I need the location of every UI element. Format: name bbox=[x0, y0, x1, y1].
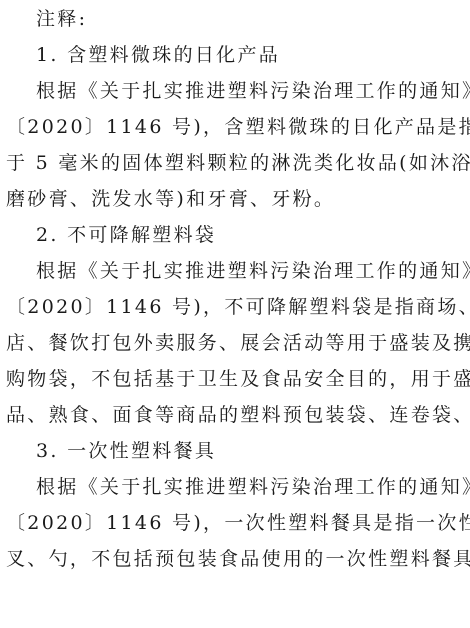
paragraph-line: 〔2020〕1146 号)，一次性塑料餐具是指一次性不可降解塑料刀、 bbox=[6, 505, 470, 541]
section-title-1: 1. 含塑料微珠的日化产品 bbox=[36, 37, 470, 73]
notes-heading: 注释: bbox=[36, 1, 470, 37]
paragraph-line: 根据《关于扎实推进塑料污染治理工作的通知》(发改环资 bbox=[36, 253, 470, 289]
paragraph-line: 于 5 毫米的固体塑料颗粒的淋洗类化妆品(如沐浴剂、洁面乳、 bbox=[6, 145, 470, 181]
document-page: 注释: 1. 含塑料微珠的日化产品 根据《关于扎实推进塑料污染治理工作的通知》(… bbox=[0, 0, 470, 628]
paragraph-line: 根据《关于扎实推进塑料污染治理工作的通知》(发改环资 bbox=[36, 73, 470, 109]
paragraph-line: 〔2020〕1146 号)，不可降解塑料袋是指商场、超市、药店、书 bbox=[6, 289, 470, 325]
paragraph-line: 〔2020〕1146 号)，含塑料微珠的日化产品是指有意添加粒径小 bbox=[6, 109, 470, 145]
paragraph-line: 品、熟食、面食等商品的塑料预包装袋、连卷袋、保鲜袋等。 bbox=[6, 397, 470, 433]
paragraph-line: 根据《关于扎实推进塑料污染治理工作的通知》(发改环资 bbox=[36, 469, 470, 505]
section-title-3: 3. 一次性塑料餐具 bbox=[36, 433, 470, 469]
paragraph-line: 叉、勺，不包括预包装食品使用的一次性塑料餐具。 bbox=[6, 541, 470, 577]
section-title-2: 2. 不可降解塑料袋 bbox=[36, 217, 470, 253]
paragraph-line: 店、餐饮打包外卖服务、展会活动等用于盛装及携提物品的塑料 bbox=[6, 325, 470, 361]
paragraph-line: 购物袋，不包括基于卫生及食品安全目的，用于盛装散装生鲜食 bbox=[6, 361, 470, 397]
paragraph-line: 磨砂膏、洗发水等)和牙膏、牙粉。 bbox=[6, 181, 470, 217]
